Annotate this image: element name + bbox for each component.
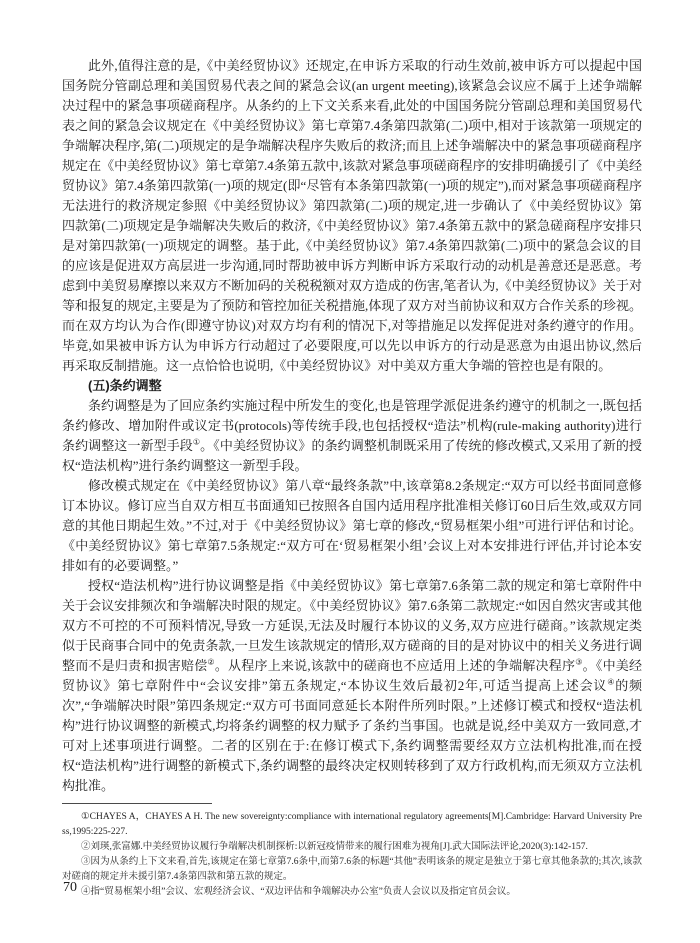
footnote-reference-marker: ② [207,658,214,667]
page-content: 此外,值得注意的是,《中美经贸协议》还规定,在申诉方采取的行动生效前,被申诉方可… [62,56,642,900]
footnote-reference-marker: ④ [607,678,615,687]
paragraph-2: 条约调整是为了回应条约实施过程中所发生的变化,也是管理学派促进条约遵守的机制之一… [62,396,642,476]
footnote-3: ③因为从条约上下文来看,首先,该规定在第七章第7.6条中,而第7.6条的标题“其… [62,855,642,885]
footnote-reference-marker: ③ [575,658,582,667]
footnote-2: ②刘瑛,张富娜.中美经贸协议履行争端解决机制探析:以新冠疫情带来的履行困难为视角… [62,840,642,855]
footnote-reference-marker: ① [193,438,200,447]
footnote-4: ④指“贸易框架小组”会议、宏观经济会议、“双边评估和争端解决办公室”负责人会议以… [62,885,642,900]
footnote-divider [62,803,212,804]
footnotes: ①CHAYES A，CHAYES A H. The new sovereignt… [62,810,642,900]
journal-page: 此外,值得注意的是,《中美经贸协议》还规定,在申诉方采取的行动生效前,被申诉方可… [0,0,700,943]
paragraph-1: 此外,值得注意的是,《中美经贸协议》还规定,在申诉方采取的行动生效前,被申诉方可… [62,56,642,376]
page-number: 70 [63,880,77,896]
body-text: 此外,值得注意的是,《中美经贸协议》还规定,在申诉方采取的行动生效前,被申诉方可… [62,56,642,796]
paragraph-4: 授权“造法机构”进行协议调整是指《中美经贸协议》第七章第7.6条第二款的规定和第… [62,576,642,796]
footnote-1: ①CHAYES A，CHAYES A H. The new sovereignt… [62,810,642,840]
paragraph-3: 修改模式规定在《中美经贸协议》第八章“最终条款”中,该章第8.2条规定:“双方可… [62,476,642,576]
section-heading: (五)条约调整 [62,376,642,396]
